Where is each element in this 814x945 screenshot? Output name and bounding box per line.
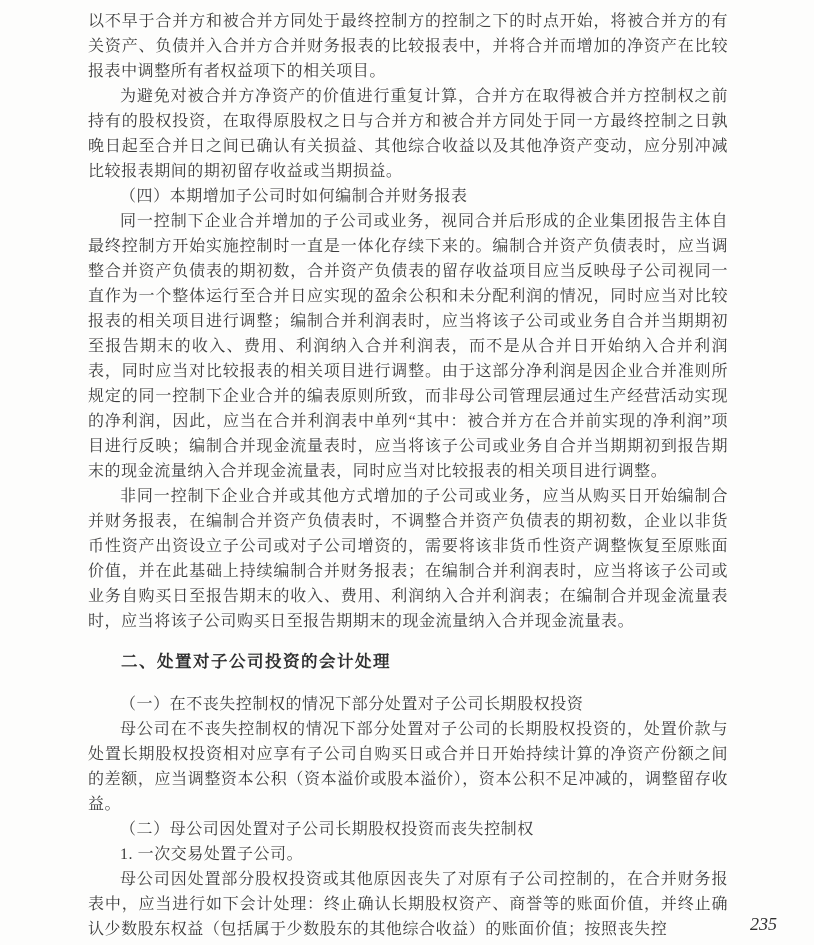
paragraph: 非同一控制下企业合并或其他方式增加的子公司或业务，应当从购买日开始编制合并财务报… <box>88 484 728 634</box>
paragraph: 为避免对被合并方净资产的价值进行重复计算，合并方在取得被合并方控制权之前持有的股… <box>88 84 728 184</box>
book-page: 以不早于合并方和被合并方同处于最终控制方的控制之下的时点开始，将被合并方的有关资… <box>0 0 814 945</box>
paragraph-continuation: 以不早于合并方和被合并方同处于最终控制方的控制之下的时点开始，将被合并方的有关资… <box>88 9 728 84</box>
list-item-1: 1. 一次交易处置子公司。 <box>88 842 728 867</box>
sub-heading-2: （二）母公司因处置对子公司长期股权投资而丧失控制权 <box>88 817 728 842</box>
paragraph: 同一控制下企业合并增加的子公司或业务，视同合并后形成的企业集团报告主体自最终控制… <box>88 209 728 484</box>
page-number: 235 <box>750 912 777 937</box>
sub-heading-4: （四）本期增加子公司时如何编制合并财务报表 <box>88 184 728 209</box>
paragraph: 母公司在不丧失控制权的情况下部分处置对子公司的长期股权投资的，处置价款与处置长期… <box>88 717 728 817</box>
paragraph: 母公司因处置部分股权投资或其他原因丧失了对原有子公司控制的，在合并财务报表中，应… <box>88 867 728 942</box>
sub-heading-1: （一）在不丧失控制权的情况下部分处置对子公司长期股权投资 <box>88 692 728 717</box>
section-heading: 二、处置对子公司投资的会计处理 <box>88 650 728 675</box>
